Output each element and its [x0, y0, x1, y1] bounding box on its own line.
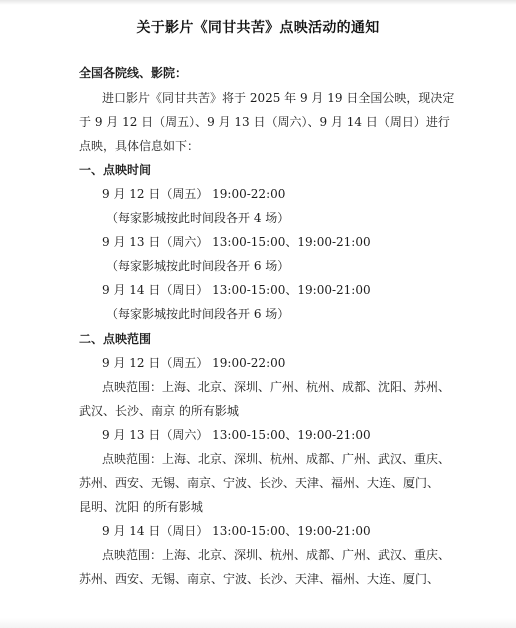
section1-note-2: （每家影城按此时间段各开 6 场） — [106, 259, 289, 273]
section1-date-2: 9 月 13 日（周六） 13:00-15:00、19:00-21:00 — [102, 235, 371, 249]
section2-date-3: 9 月 14 日（周日） 13:00-15:00、19:00-21:00 — [102, 524, 371, 538]
section2-scope-2-line-2: 苏州、西安、无锡、南京、宁波、长沙、天津、福州、大连、厦门、 — [79, 476, 439, 490]
section2-scope-1-line-2: 武汉、长沙、南京 的所有影城 — [79, 404, 239, 418]
salutation: 全国各院线、影院： — [79, 66, 187, 80]
intro-line-3: 点映，具体信息如下： — [79, 139, 199, 153]
section2-scope-2-line-3: 昆明、沈阳 的所有影城 — [79, 500, 203, 514]
section1-note-1: （每家影城按此时间段各开 4 场） — [106, 211, 289, 225]
document-page: 关于影片《同甘共苦》点映活动的通知 全国各院线、影院： 进口影片《同甘共苦》将于… — [0, 0, 516, 628]
section2-scope-3-line-1: 点映范围：上海、北京、深圳、杭州、成都、广州、武汉、重庆、 — [102, 548, 438, 562]
section1-note-3: （每家影城按此时间段各开 6 场） — [106, 307, 289, 321]
section1-date-3: 9 月 14 日（周日） 13:00-15:00、19:00-21:00 — [102, 283, 371, 297]
section2-scope-3-line-2: 苏州、西安、无锡、南京、宁波、长沙、天津、福州、大连、厦门、 — [79, 572, 439, 586]
intro-line-1: 进口影片《同甘共苦》将于 2025 年 9 月 19 日全国公映，现决定 — [102, 91, 438, 105]
section2-scope-2-line-1: 点映范围：上海、北京、深圳、杭州、成都、广州、武汉、重庆、 — [102, 452, 438, 466]
section1-heading: 一、点映时间 — [79, 163, 151, 177]
section2-scope-1-line-1: 点映范围：上海、北京、深圳、广州、杭州、成都、沈阳、苏州、 — [102, 380, 438, 394]
section1-date-1: 9 月 12 日（周五） 19:00-22:00 — [102, 187, 285, 201]
section2-heading: 二、点映范围 — [79, 332, 151, 346]
section2-date-1: 9 月 12 日（周五） 19:00-22:00 — [102, 356, 285, 370]
intro-line-2: 于 9 月 12 日（周五）、9 月 13 日（周六）、9 月 14 日（周日）… — [79, 115, 439, 129]
bottom-edge-shadow — [0, 618, 516, 628]
top-edge-shadow — [0, 0, 516, 5]
document-title: 关于影片《同甘共苦》点映活动的通知 — [0, 17, 516, 37]
section2-date-2: 9 月 13 日（周六） 13:00-15:00、19:00-21:00 — [102, 428, 371, 442]
